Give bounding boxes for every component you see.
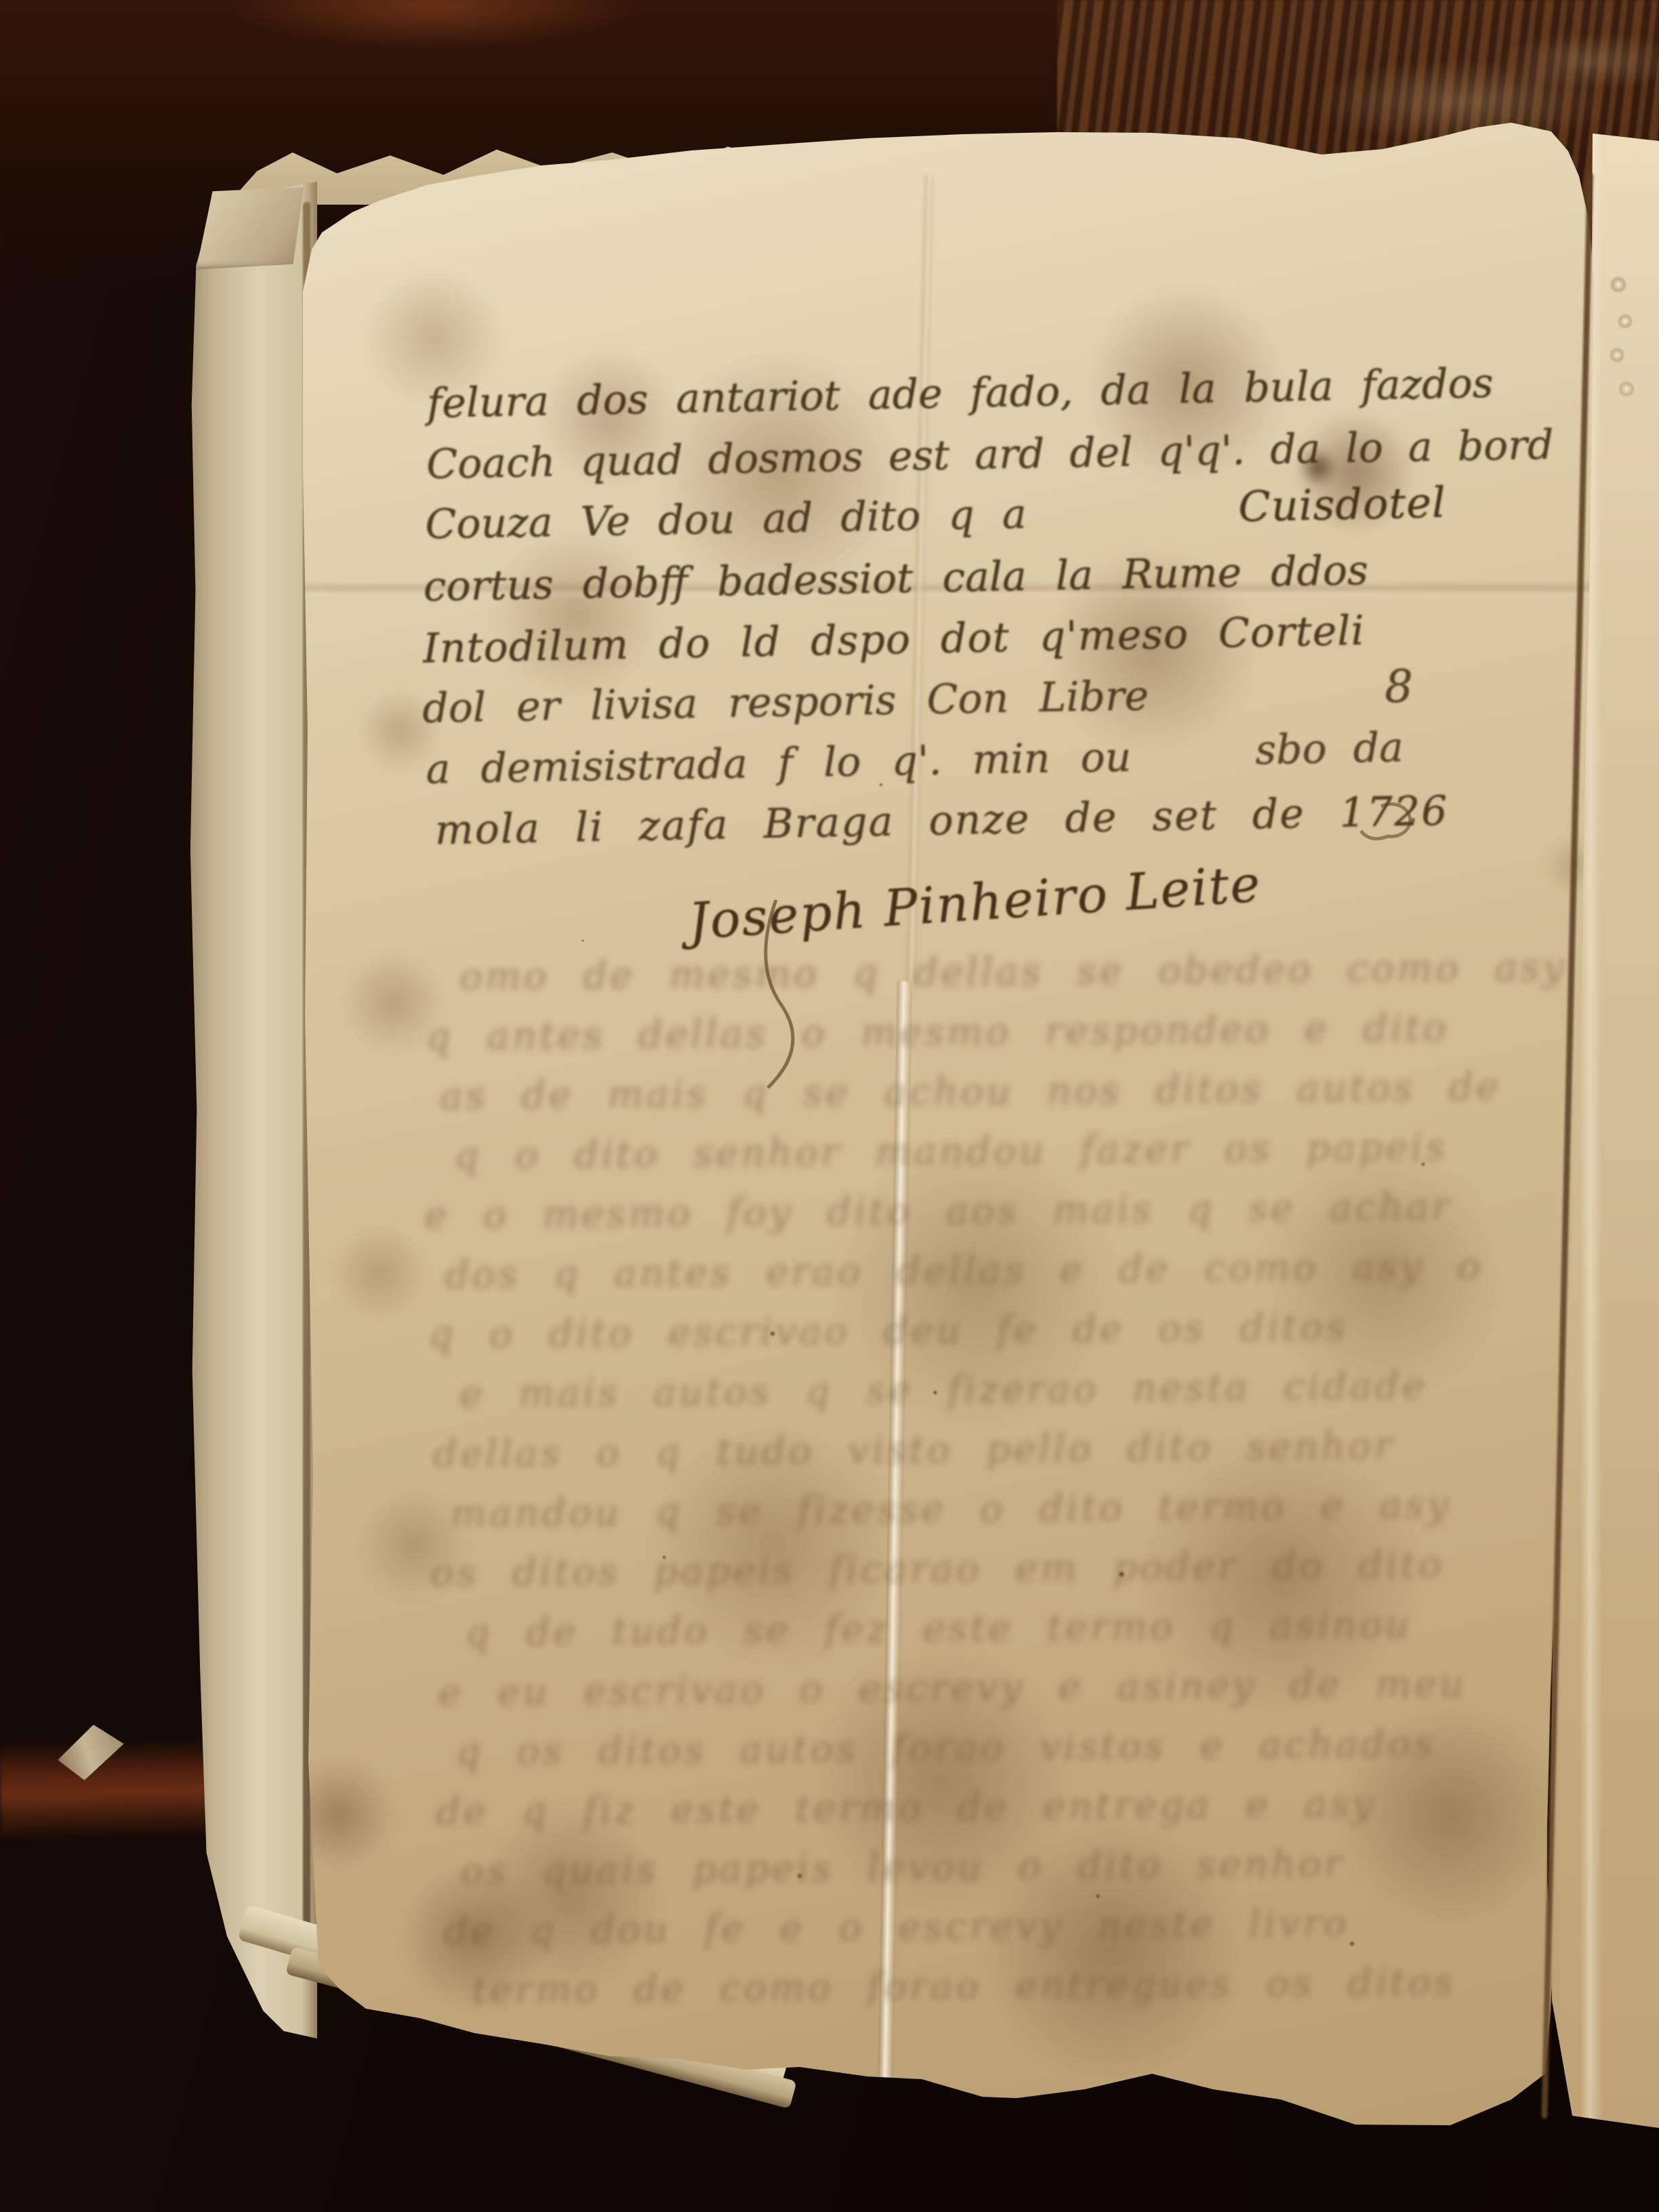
under-sheet-left-stack [188,182,317,2039]
ink-specks-overlay [298,121,1596,2130]
manuscript-photo: omo de mesmo q dellas se obedeo como asy… [0,0,1659,2212]
manuscript-page: omo de mesmo q dellas se obedeo como asy… [298,121,1596,2130]
